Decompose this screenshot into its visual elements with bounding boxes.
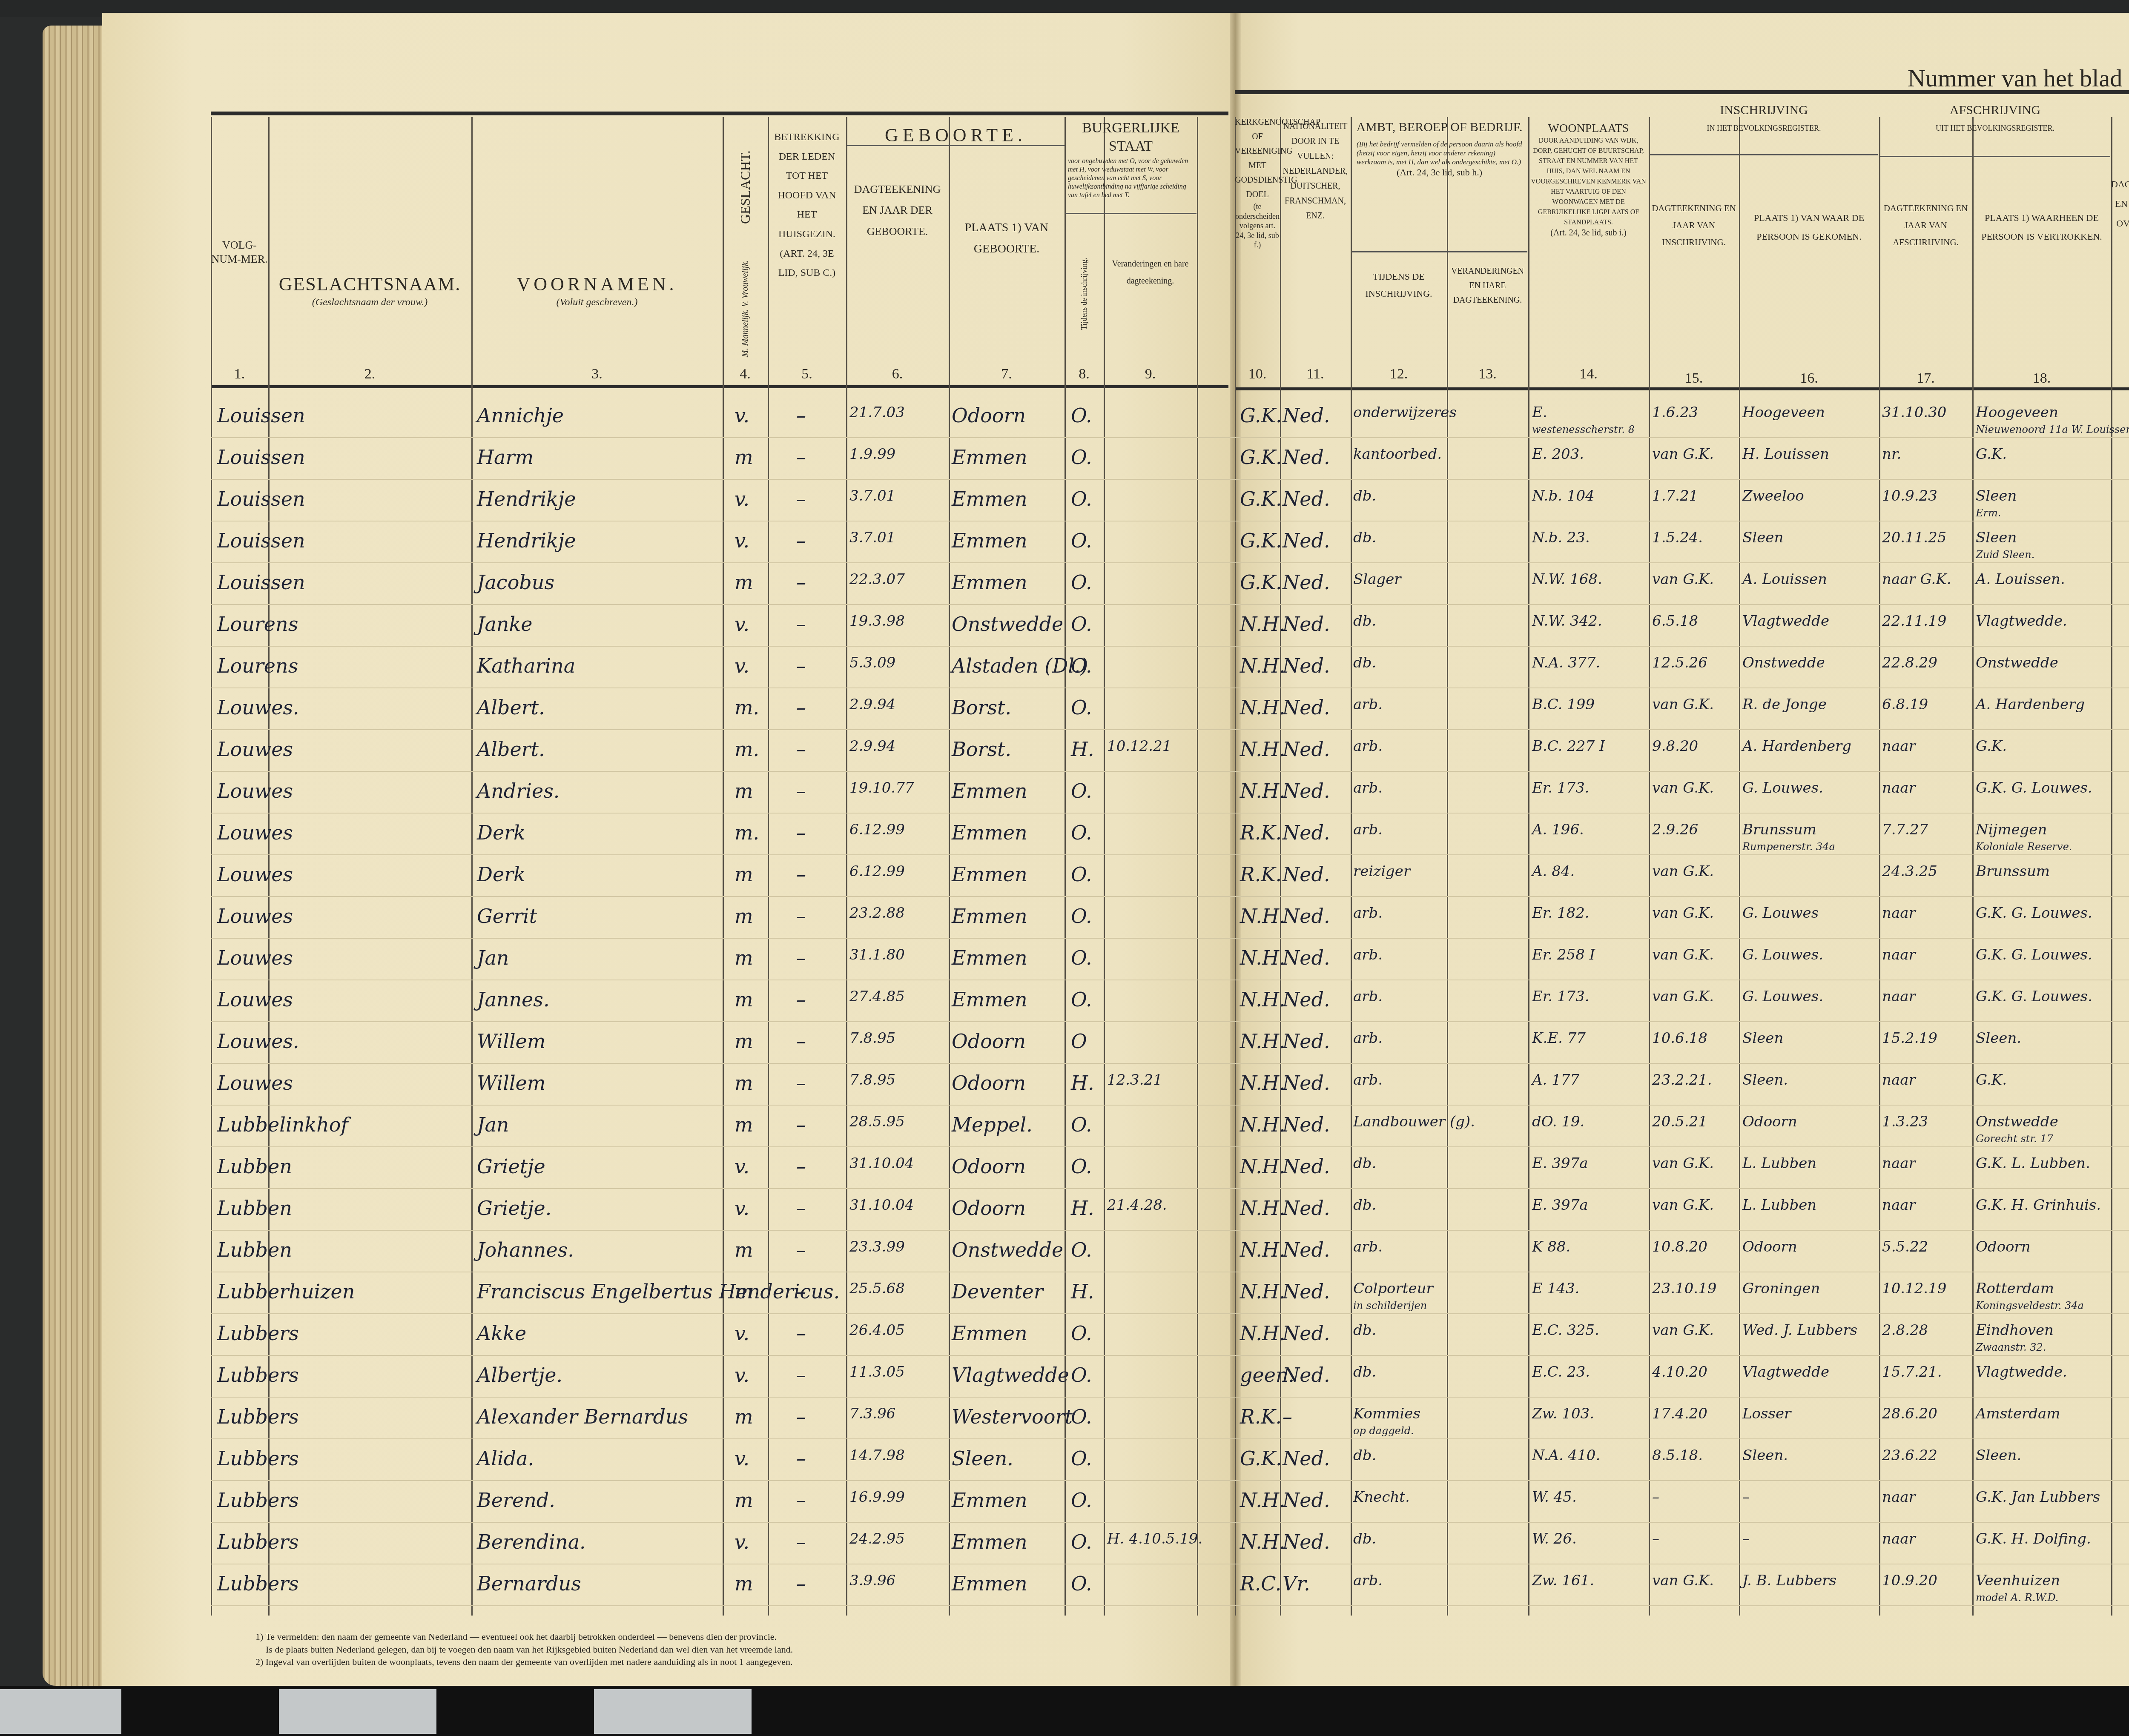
- cell-c17: 15.2.19: [1882, 1030, 1937, 1047]
- cell-c2: Lubbers: [217, 1447, 299, 1470]
- cell-c4: v.: [735, 1197, 749, 1220]
- header-top-rule-left: [211, 112, 1228, 115]
- cell-c16: Odoorn: [1742, 1113, 1797, 1130]
- cell-c14: K.E. 77: [1532, 1030, 1586, 1047]
- cell-c18: G.K. G. Louwes.: [1976, 779, 2092, 796]
- cell-c6: 14.7.98: [849, 1447, 905, 1464]
- cell-c18: Brunssum: [1976, 863, 2050, 880]
- cell-c7: Emmen: [952, 446, 1027, 469]
- header-top-rule-right: [1235, 90, 2129, 94]
- ruled-line: [211, 938, 2129, 939]
- cell-c12b-note: op daggeld.: [1353, 1425, 1414, 1437]
- cell-c17: naar: [1882, 1530, 1916, 1547]
- cell-c16: G. Louwes: [1742, 905, 1819, 922]
- cell-c18: Amsterdam: [1976, 1405, 2060, 1422]
- cell-c18: Odoorn: [1976, 1238, 2031, 1255]
- cell-c2: Louwes: [217, 738, 293, 761]
- cell-c8: O.: [1071, 946, 1092, 969]
- cell-c10: G.K.: [1240, 404, 1282, 427]
- col-number-10: 10.: [1235, 365, 1280, 384]
- cell-c18: G.K.: [1976, 1071, 2007, 1089]
- register-row: LouwesJannes.m–27.4.85EmmenO.N.H.Ned.arb…: [0, 982, 2129, 1026]
- cell-c2: Lubbers: [217, 1572, 299, 1595]
- cell-c11: Ned.: [1283, 1322, 1330, 1345]
- cell-c6: 21.7.03: [849, 404, 905, 421]
- col-number-2: 2.: [268, 365, 471, 384]
- cell-c16: Vlagtwedde: [1742, 1364, 1829, 1381]
- ruled-line: [211, 688, 2129, 688]
- cell-c15: van G.K.: [1652, 446, 1714, 463]
- cell-c17: 2.8.28: [1882, 1322, 1928, 1339]
- cell-c2: Louwes: [217, 779, 293, 802]
- ruled-line: [211, 1522, 2129, 1523]
- ruled-line: [211, 562, 2129, 563]
- cell-c12: kantoorbed.: [1353, 446, 1442, 463]
- header-col-11: Nationaliteit door in te vullen: Nederla…: [1280, 115, 1351, 383]
- cell-c3: Jacobus: [477, 571, 554, 594]
- cell-c16: Groningen: [1742, 1280, 1820, 1297]
- cell-c11: Ned.: [1283, 571, 1330, 594]
- col-number-1: 1.: [211, 365, 268, 384]
- header-group-ambt: Ambt, beroep of bedrijf. (Bij het bedrij…: [1351, 115, 1528, 251]
- register-row: LouwesJanm–31.1.80EmmenO.N.H.Ned.arb.Er.…: [0, 940, 2129, 984]
- cell-c18: Hoogeveen: [1976, 404, 2058, 421]
- cell-c7: Deventer: [952, 1280, 1043, 1303]
- cell-c4: v.: [735, 1322, 749, 1345]
- cell-c5: –: [796, 654, 806, 677]
- cell-c14: Er. 258 I: [1532, 946, 1595, 963]
- cell-c6: 3.9.96: [849, 1572, 895, 1589]
- cell-c12: db.: [1353, 1364, 1376, 1381]
- ruled-line: [211, 604, 2129, 605]
- header-col-13-title: Veranderingen en hare dagteekening.: [1447, 264, 1528, 307]
- cell-c3: Jan: [477, 946, 509, 969]
- header-col-15: Dagteekening en jaar van inschrijving. 1…: [1649, 158, 1739, 387]
- ruled-line: [211, 1188, 2129, 1189]
- cell-c6: 25.5.68: [849, 1280, 905, 1297]
- cell-c11: Ned.: [1283, 1197, 1330, 1220]
- cell-c4: v.: [735, 1530, 749, 1553]
- cell-c15: 23.10.19: [1652, 1280, 1716, 1297]
- ruler-square: [594, 1689, 752, 1734]
- cell-c17: naar: [1882, 1197, 1916, 1214]
- cell-c8: O.: [1071, 1405, 1092, 1428]
- cell-c16: Sleen: [1742, 529, 1783, 546]
- cell-c16: –: [1742, 1489, 1750, 1506]
- cell-c3: Derk: [477, 863, 525, 886]
- header-group-burgerlijke-staat: Burgerlijke staat voor ongehuwden met O,…: [1064, 119, 1197, 213]
- cell-c6: 23.2.88: [849, 905, 905, 922]
- ruled-line: [211, 1480, 2129, 1481]
- cell-c2: Louwes.: [217, 1030, 299, 1053]
- cell-c6: 1.9.99: [849, 446, 895, 463]
- cell-c15: 9.8.20: [1652, 738, 1698, 755]
- cell-c7: Odoorn: [952, 1197, 1026, 1220]
- header-col-19: Dagteekening en jaar van overlijden 2). …: [2111, 102, 2129, 387]
- header-col-18-title: Plaats 1) waarheen de persoon is vertrok…: [1972, 209, 2111, 246]
- sheet-number-label: Nummer van het blad: [1908, 64, 2122, 92]
- cell-c10: N.H.: [1240, 696, 1285, 719]
- cell-c16: –: [1742, 1530, 1750, 1547]
- header-col-11-title: Nationaliteit door in te vullen: Nederla…: [1280, 115, 1351, 223]
- cell-c7: Emmen: [952, 779, 1027, 802]
- cell-c2: Louissen: [217, 487, 305, 510]
- cell-c18: G.K. G. Louwes.: [1976, 905, 2092, 922]
- ruled-line: [211, 854, 2129, 855]
- cell-c3: Albertje.: [477, 1364, 562, 1387]
- cell-c15: van G.K.: [1652, 1572, 1714, 1589]
- cell-c7: Emmen: [952, 863, 1027, 886]
- cell-c3: Jannes.: [477, 988, 550, 1011]
- header-col-14-art: (Art. 24, 3e lid, sub i.): [1528, 228, 1649, 238]
- cell-c6: 2.9.94: [849, 738, 895, 755]
- cell-c17: 5.5.22: [1882, 1238, 1928, 1255]
- cell-c6: 3.7.01: [849, 529, 895, 546]
- cell-c2: Louwes: [217, 988, 293, 1011]
- header-afschrijving-title: Afschrijving: [1879, 102, 2111, 118]
- cell-c11: Vr.: [1283, 1572, 1310, 1595]
- cell-c3: Albert.: [477, 738, 545, 761]
- cell-c8: O.: [1071, 613, 1092, 636]
- cell-c6: 31.10.04: [849, 1197, 914, 1214]
- cell-c16: Vlagtwedde: [1742, 613, 1829, 630]
- cell-c15: 1.7.21: [1652, 487, 1698, 504]
- cell-c17: 10.9.23: [1882, 487, 1937, 504]
- header-col-4-note: M. Mannelijk. V. Vrouwelijk.: [740, 260, 751, 358]
- cell-c3: Gerrit: [477, 905, 537, 928]
- header-burgerlijke-staat-title: Burgerlijke staat: [1064, 119, 1197, 155]
- cell-c4: m.: [735, 821, 759, 844]
- cell-c3: Grietje.: [477, 1197, 551, 1220]
- cell-c18: G.K. L. Lubben.: [1976, 1155, 2090, 1172]
- cell-c12: db.: [1353, 487, 1376, 504]
- cell-c17: 28.6.20: [1882, 1405, 1937, 1422]
- cell-c14: Zw. 161.: [1532, 1572, 1594, 1589]
- register-row: LouwesDerkm–6.12.99EmmenO.R.K.Ned.reizig…: [0, 857, 2129, 900]
- cell-c14: E.: [1532, 404, 1547, 421]
- cell-c6: 6.12.99: [849, 821, 905, 838]
- cell-c4: m: [735, 779, 753, 802]
- cell-c12: arb.: [1353, 1071, 1383, 1089]
- cell-c16: Brunssum: [1742, 821, 1816, 838]
- header-col-2: Geslachtsnaam. (Geslachtsnaam der vrouw.…: [268, 179, 471, 383]
- cell-c17: 24.3.25: [1882, 863, 1937, 880]
- cell-c11: Ned.: [1283, 863, 1330, 886]
- cell-c5: –: [796, 1197, 806, 1220]
- register-row: LubbersBerendina.v.–24.2.95EmmenO.H. 4.1…: [0, 1524, 2129, 1568]
- afschrijving-divider: [1880, 156, 2110, 157]
- cell-c12: Knecht.: [1353, 1489, 1410, 1506]
- cell-c16: Sleen.: [1742, 1071, 1788, 1089]
- col-number-9: 9.: [1104, 365, 1197, 384]
- cell-c3: Akke: [477, 1322, 526, 1345]
- register-row: LouwesAndries.m–19.10.77EmmenO.N.H.Ned.a…: [0, 773, 2129, 817]
- cell-c2: Louwes: [217, 1071, 293, 1094]
- cell-c18b-note: Koningsveldestr. 34a: [1976, 1300, 2084, 1312]
- cell-c17: naar: [1882, 1071, 1916, 1089]
- cell-c11: Ned.: [1283, 1071, 1330, 1094]
- cell-c12: arb.: [1353, 1572, 1383, 1589]
- header-col-19-title: Dagteekening en jaar van overlijden 2).: [2111, 175, 2129, 253]
- cell-c12: arb.: [1353, 1238, 1383, 1255]
- cell-c14: E.C. 325.: [1532, 1322, 1599, 1339]
- cell-c4: v.: [735, 404, 749, 427]
- cell-c18b-note: Koloniale Reserve.: [1976, 841, 2072, 853]
- cell-c6: 11.3.05: [849, 1364, 905, 1381]
- ruled-line: [211, 1355, 2129, 1356]
- cell-c4: m: [735, 1405, 753, 1428]
- cell-c16b-note: Rumpenerstr. 34a: [1742, 841, 1835, 853]
- register-row: LouwesWillemm–7.8.95OdoornH.12.3.21N.H.N…: [0, 1066, 2129, 1109]
- cell-c17: 7.7.27: [1882, 821, 1928, 838]
- cell-c3: Alida.: [477, 1447, 534, 1470]
- header-col-5: Betrekking der leden tot het hoofd van h…: [768, 128, 846, 383]
- footnote-2: 2) Ingeval van overlijden buiten de woon…: [255, 1656, 793, 1668]
- ruled-line: [211, 1021, 2129, 1022]
- cell-c6: 7.3.96: [849, 1405, 895, 1422]
- header-group-afschrijving: Afschrijving uit het bevolkingsregister.: [1879, 102, 2111, 153]
- cell-c2: Louwes: [217, 905, 293, 928]
- cell-c14: W. 45.: [1532, 1489, 1577, 1506]
- cell-c5: –: [796, 946, 806, 969]
- register-row: LouissenAnnichjev.–21.7.03OdoornO.G.K.Ne…: [0, 398, 2129, 441]
- cell-c2: Lubbers: [217, 1530, 299, 1553]
- cell-c18: Onstwedde: [1976, 654, 2058, 671]
- cell-c14: K 88.: [1532, 1238, 1570, 1255]
- cell-c3: Jan: [477, 1113, 509, 1136]
- ruled-line: [211, 1313, 2129, 1314]
- cell-c7: Emmen: [952, 821, 1027, 844]
- cell-c17: naar: [1882, 1155, 1916, 1172]
- cell-c8: O.: [1071, 1238, 1092, 1261]
- cell-c5: –: [796, 613, 806, 636]
- cell-c10: R.K.: [1240, 821, 1282, 844]
- cell-c17: 31.10.30: [1882, 404, 1946, 421]
- cell-c8: O.: [1071, 1447, 1092, 1470]
- cell-c11: Ned.: [1283, 404, 1330, 427]
- cell-c5: –: [796, 529, 806, 552]
- cell-c18: A. Hardenberg: [1976, 696, 2085, 713]
- cell-c14: B.C. 199: [1532, 696, 1595, 713]
- cell-c7: Sleen.: [952, 1447, 1013, 1470]
- header-col-4-title: Geslacht.: [737, 123, 754, 251]
- cell-c3: Berend.: [477, 1489, 555, 1512]
- cell-c10: N.H.: [1240, 1489, 1285, 1512]
- header-col-18: Plaats 1) waarheen de persoon is vertrok…: [1972, 158, 2111, 387]
- cell-c17: naar: [1882, 1489, 1916, 1506]
- header-col-1-title: Volg-num-mer.: [211, 238, 268, 266]
- register-row: LouwesAlbert.m.–2.9.94Borst.H.10.12.21N.…: [0, 732, 2129, 775]
- cell-c10: N.H.: [1240, 613, 1285, 636]
- cell-c3: Janke: [477, 613, 533, 636]
- header-col-13: Veranderingen en hare dagteekening. 13.: [1447, 255, 1528, 383]
- cell-c17: 20.11.25: [1882, 529, 1946, 546]
- header-bottom-rule-left: [211, 385, 1228, 388]
- geboorte-divider: [847, 145, 1064, 146]
- cell-c5: –: [796, 1238, 806, 1261]
- cell-c9: H. 4.10.5.19.: [1107, 1530, 1202, 1547]
- cell-c16: Zweeloo: [1742, 487, 1804, 504]
- cell-c10: G.K.: [1240, 487, 1282, 510]
- cell-c11: Ned.: [1283, 821, 1330, 844]
- ruled-line: [211, 1438, 2129, 1439]
- cell-c14: E.C. 23.: [1532, 1364, 1590, 1381]
- cell-c10: N.H.: [1240, 1155, 1285, 1178]
- footnote-1: 1) Te vermelden: den naam der gemeente v…: [255, 1630, 793, 1643]
- header-col-2-note: (Geslachtsnaam der vrouw.): [268, 296, 471, 309]
- cell-c17: naar: [1882, 905, 1916, 922]
- cell-c18: G.K.: [1976, 446, 2007, 463]
- header-col-9: Veranderingen en hare dagteekening. 9.: [1104, 217, 1197, 383]
- header-inschrijving-title: Inschrijving: [1649, 102, 1879, 118]
- cell-c8: O.: [1071, 1364, 1092, 1387]
- cell-c7: Onstwedde: [952, 613, 1063, 636]
- cell-c10: N.H.: [1240, 905, 1285, 928]
- cell-c4: v.: [735, 487, 749, 510]
- cell-c11: Ned.: [1283, 654, 1330, 677]
- cell-c10: G.K.: [1240, 446, 1282, 469]
- cell-c7: Emmen: [952, 1489, 1027, 1512]
- col-number-16: 16.: [1739, 370, 1879, 388]
- cell-c3: Harm: [477, 446, 534, 469]
- cell-c12: db.: [1353, 1197, 1376, 1214]
- cell-c6: 19.10.77: [849, 779, 914, 796]
- cell-c8: O.: [1071, 446, 1092, 469]
- header-col-12-title: Tijdens de inschrijving.: [1351, 268, 1447, 302]
- cell-c7: Meppel.: [952, 1113, 1033, 1136]
- col-number-15: 15.: [1649, 370, 1739, 388]
- register-row: LubbersAlexander Bernardusm–7.3.96Wester…: [0, 1399, 2129, 1443]
- cell-c15: 23.2.21.: [1652, 1071, 1712, 1089]
- cell-c11: Ned.: [1283, 696, 1330, 719]
- cell-c9: 21.4.28.: [1107, 1197, 1167, 1214]
- cell-c7: Odoorn: [952, 1030, 1026, 1053]
- cell-c15: van G.K.: [1652, 988, 1714, 1005]
- cell-c8: O.: [1071, 1530, 1092, 1553]
- cell-c14: B.C. 227 I: [1532, 738, 1605, 755]
- ruled-line: [211, 813, 2129, 814]
- cell-c4: m: [735, 1238, 753, 1261]
- cell-c14: N.W. 342.: [1532, 613, 1602, 630]
- ruled-line: [211, 1063, 2129, 1064]
- cell-c12: db.: [1353, 1530, 1376, 1547]
- cell-c8: O.: [1071, 1113, 1092, 1136]
- cell-c11: Ned.: [1283, 1489, 1330, 1512]
- cell-c14: N.b. 23.: [1532, 529, 1590, 546]
- cell-c10: N.H.: [1240, 1238, 1285, 1261]
- cell-c11: Ned.: [1283, 779, 1330, 802]
- cell-c11: Ned.: [1283, 613, 1330, 636]
- cell-c18: Eindhoven: [1976, 1322, 2054, 1339]
- cell-c18: Sleen: [1976, 487, 2017, 504]
- cell-c5: –: [796, 1280, 806, 1303]
- cell-c11: Ned.: [1283, 905, 1330, 928]
- cell-c18: G.K. G. Louwes.: [1976, 988, 2092, 1005]
- cell-c5: –: [796, 863, 806, 886]
- register-row: LubbersAkkev.–26.4.05EmmenO.N.H.Ned.db.E…: [0, 1316, 2129, 1359]
- cell-c17: naar G.K.: [1882, 571, 1951, 588]
- cell-c7: Westervoort: [952, 1405, 1073, 1428]
- col-number-18: 18.: [1972, 370, 2111, 388]
- cell-c17: nr.: [1882, 446, 1901, 463]
- cell-c15: van G.K.: [1652, 1322, 1714, 1339]
- cell-c4: m.: [735, 696, 759, 719]
- cell-c10: N.H.: [1240, 1197, 1285, 1220]
- cell-c7: Emmen: [952, 571, 1027, 594]
- header-col-3: Voornamen. (Voluit geschreven.) 3.: [471, 179, 723, 383]
- cell-c10: R.K.: [1240, 863, 1282, 886]
- cell-c3: Derk: [477, 821, 525, 844]
- cell-c6: 28.5.95: [849, 1113, 905, 1130]
- cell-c12: db.: [1353, 1155, 1376, 1172]
- cell-c14: N.A. 410.: [1532, 1447, 1600, 1464]
- cell-c7: Emmen: [952, 905, 1027, 928]
- cell-c18: Rotterdam: [1976, 1280, 2054, 1297]
- cell-c18b-note: Nieuwenoord 11a W. Louissen: [1976, 424, 2129, 435]
- cell-c18: G.K. H. Grinhuis.: [1976, 1197, 2101, 1214]
- cell-c3: Bernardus: [477, 1572, 581, 1595]
- cell-c12: reiziger: [1353, 863, 1410, 880]
- cell-c7: Emmen: [952, 1530, 1027, 1553]
- cell-c14: E 143.: [1532, 1280, 1579, 1297]
- ruled-line: [211, 1105, 2129, 1106]
- cell-c10: N.H.: [1240, 1530, 1285, 1553]
- header-col-3-note: (Voluit geschreven.): [471, 296, 723, 309]
- cell-c5: –: [796, 905, 806, 928]
- cell-c10: N.H.: [1240, 1071, 1285, 1094]
- cell-c10: G.K.: [1240, 529, 1282, 552]
- cell-c12: arb.: [1353, 696, 1383, 713]
- cell-c10: R.K.: [1240, 1405, 1282, 1428]
- cell-c6: 22.3.07: [849, 571, 905, 588]
- ambt-divider: [1352, 251, 1527, 252]
- cell-c16: J. B. Lubbers: [1742, 1572, 1836, 1589]
- cell-c15: van G.K.: [1652, 1155, 1714, 1172]
- register-row: LubbersBernardusm–3.9.96EmmenO.R.C.Vr.ar…: [0, 1566, 2129, 1610]
- cell-c12: Landbouwer (g).: [1353, 1113, 1475, 1130]
- header-ambt-title: Ambt, beroep of bedrijf.: [1351, 119, 1528, 135]
- cell-c16: A. Louissen: [1742, 571, 1827, 588]
- cell-c8: H.: [1071, 1071, 1094, 1094]
- header-inschrijving-sub: in het bevolkingsregister.: [1649, 123, 1879, 133]
- cell-c18: G.K. G. Louwes.: [1976, 946, 2092, 963]
- cell-c16: A. Hardenberg: [1742, 738, 1851, 755]
- cell-c17: 10.9.20: [1882, 1572, 1937, 1589]
- footnote-1-cont: Is de plaats buiten Nederland gelegen, d…: [255, 1643, 793, 1656]
- cell-c17: naar: [1882, 779, 1916, 796]
- cell-c2: Louissen: [217, 571, 305, 594]
- cell-c3: Alexander Bernardus: [477, 1405, 688, 1428]
- cell-c18b-note: Zuid Sleen.: [1976, 549, 2034, 561]
- cell-c3: Franciscus Engelbertus Hendericus.: [477, 1280, 840, 1303]
- cell-c10: N.H.: [1240, 654, 1285, 677]
- cell-c2: Lubbelinkhof: [217, 1113, 348, 1136]
- register-row: LouwesGerritm–23.2.88EmmenO.N.H.Ned.arb.…: [0, 899, 2129, 942]
- cell-c12: Slager: [1353, 571, 1401, 588]
- col-number-12: 12.: [1351, 365, 1447, 384]
- ruled-line: [211, 437, 2129, 438]
- register-row: LourensJankev.–19.3.98OnstweddeO.N.H.Ned…: [0, 607, 2129, 650]
- cell-c4: m: [735, 1572, 753, 1595]
- cell-c4: v.: [735, 1447, 749, 1470]
- cell-c11: Ned.: [1283, 487, 1330, 510]
- cell-c3: Hendrikje: [477, 487, 576, 510]
- cell-c8: H.: [1071, 738, 1094, 761]
- cell-c6: 3.7.01: [849, 487, 895, 504]
- cell-c16: Sleen: [1742, 1030, 1783, 1047]
- cell-c5: –: [796, 1155, 806, 1178]
- cell-c6: 7.8.95: [849, 1071, 895, 1089]
